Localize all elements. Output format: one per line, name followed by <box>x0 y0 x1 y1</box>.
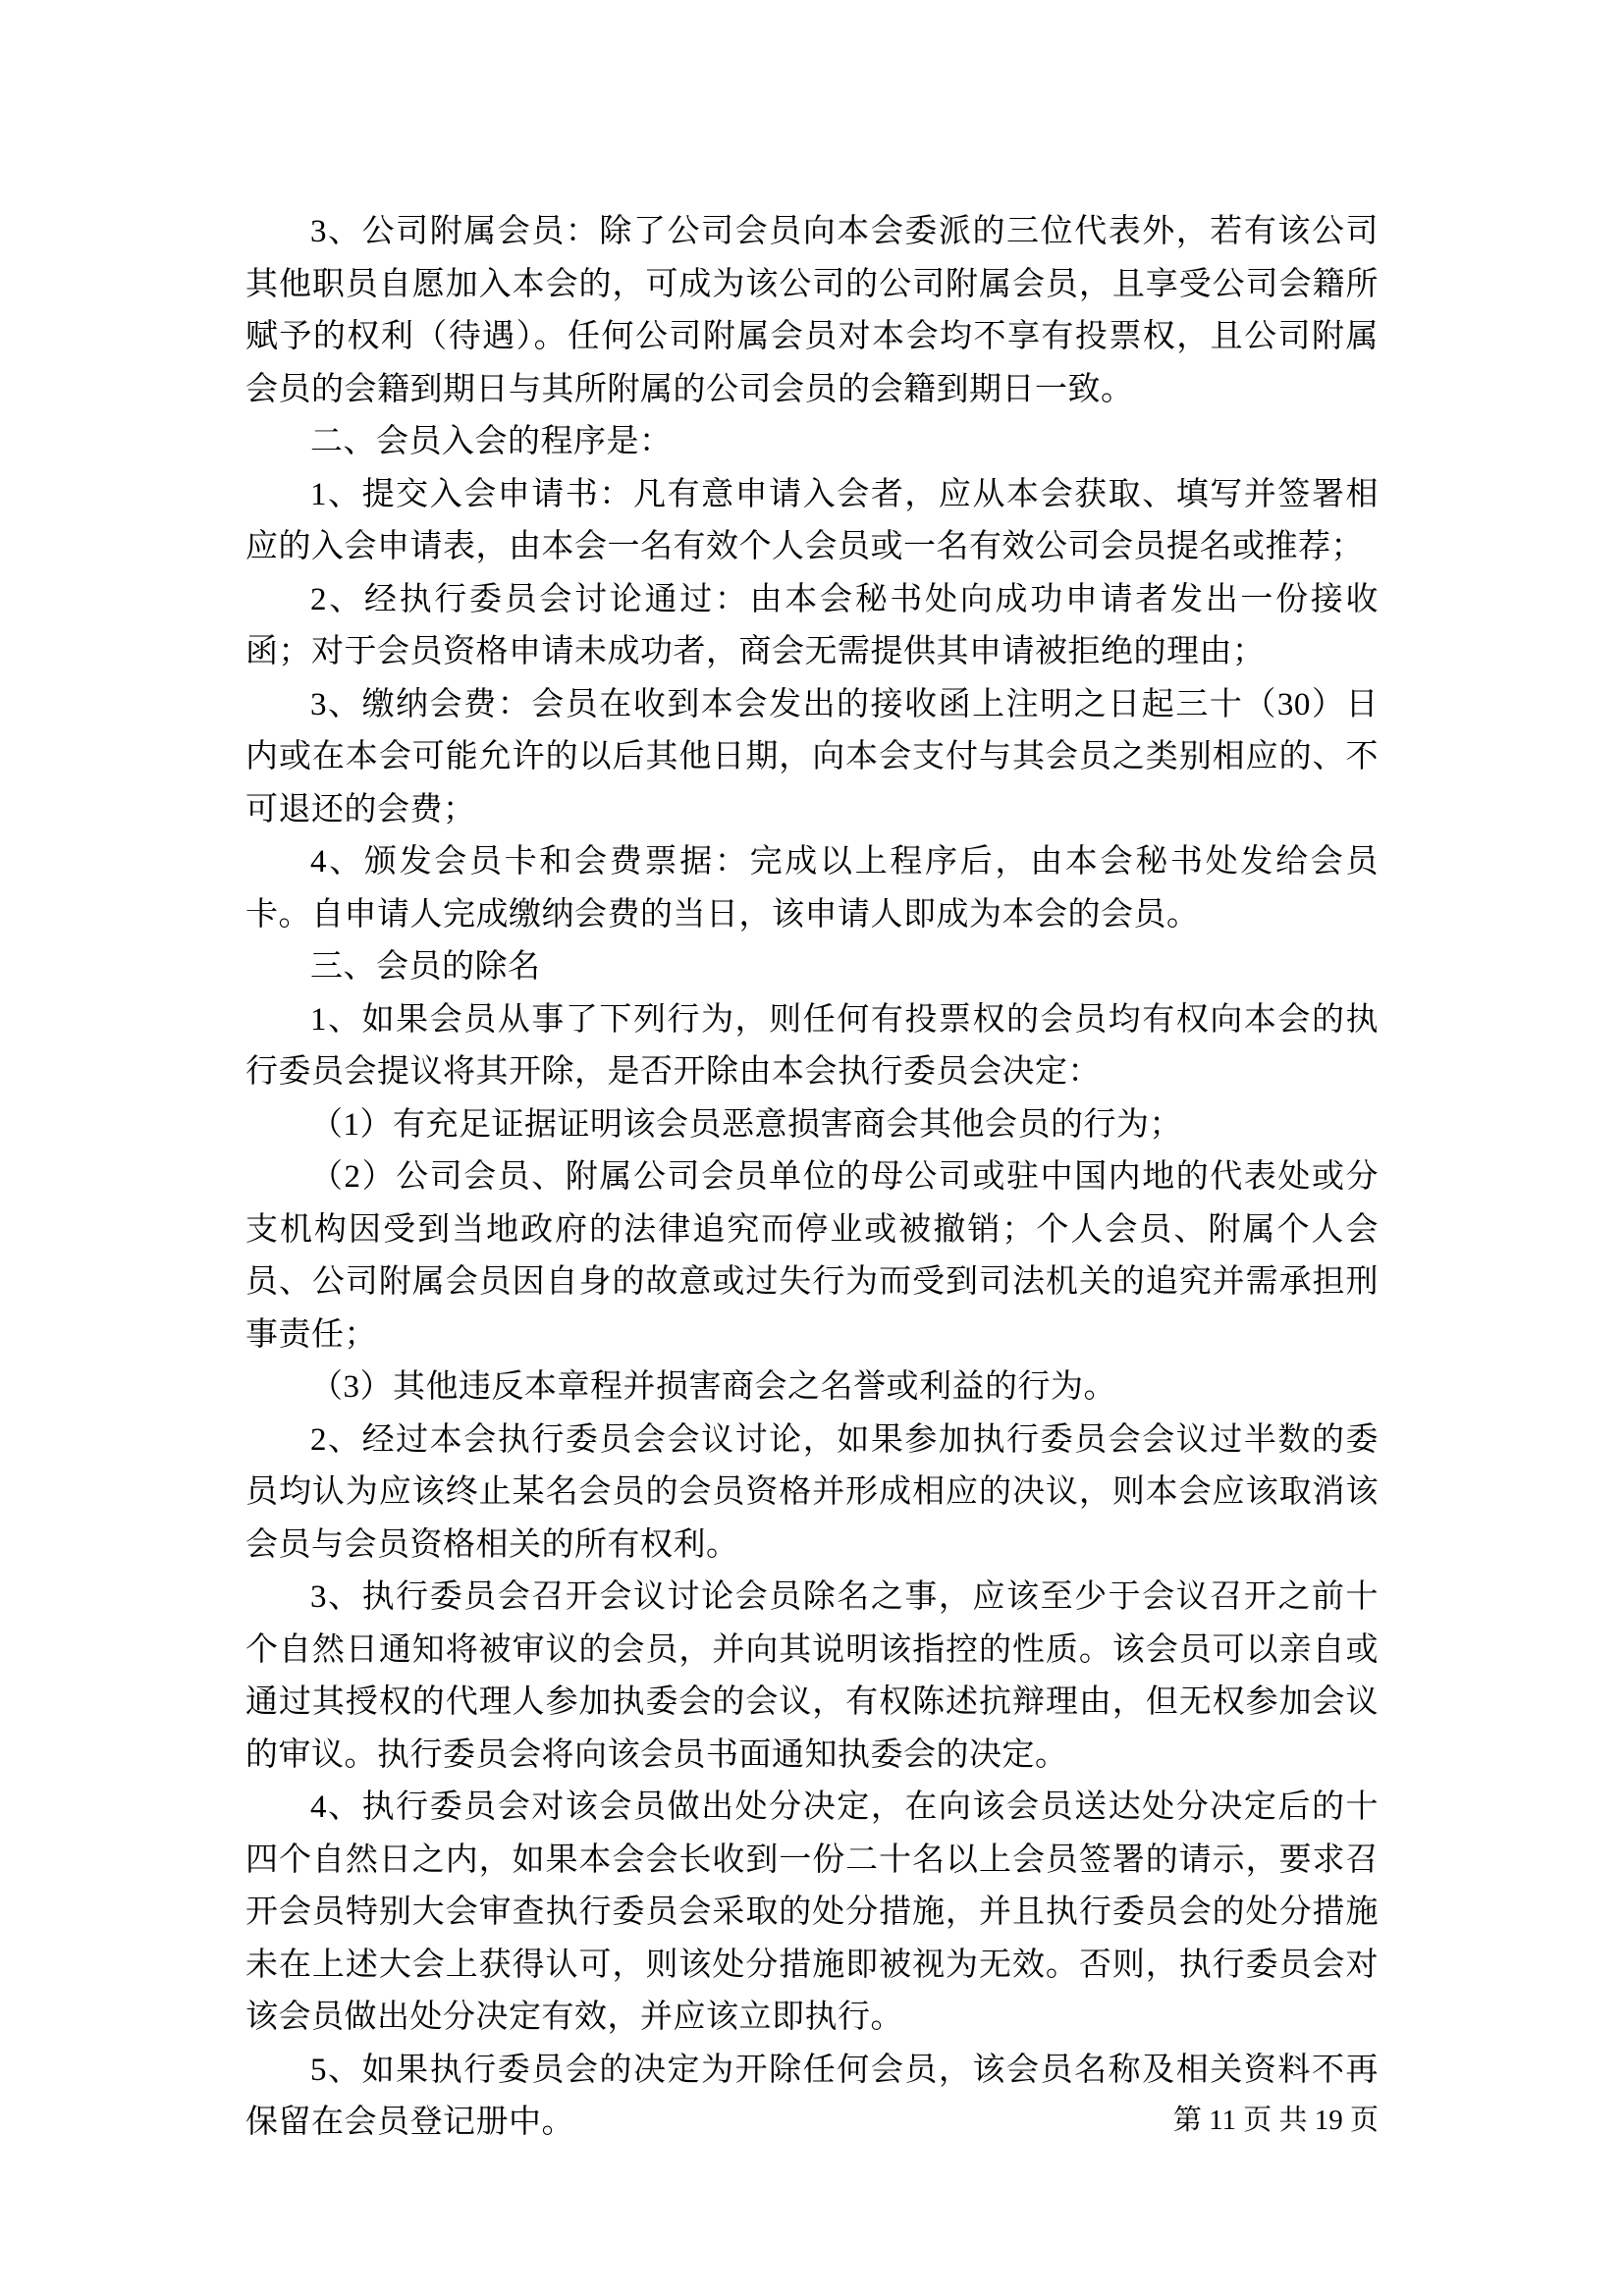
document-body: 3、公司附属会员：除了公司会员向本会委派的三位代表外，若有该公司其他职员自愿加入… <box>245 206 1379 2150</box>
document-page: 3、公司附属会员：除了公司会员向本会委派的三位代表外，若有该公司其他职员自愿加入… <box>0 0 1624 2296</box>
body-paragraph: 2、经过本会执行委员会会议讨论，如果参加执行委员会会议过半数的委员均认为应该终止… <box>245 1415 1379 1573</box>
body-paragraph: 二、会员入会的程序是： <box>245 416 1379 469</box>
body-paragraph: 三、会员的除名 <box>245 941 1379 994</box>
body-paragraph: 4、执行委员会对该会员做出处分决定，在向该会员送达处分决定后的十四个自然日之内，… <box>245 1782 1379 2045</box>
body-paragraph: 2、经执行委员会讨论通过：由本会秘书处向成功申请者发出一份接收函；对于会员资格申… <box>245 574 1379 679</box>
body-paragraph: 1、提交入会申请书：凡有意申请入会者，应从本会获取、填写并签署相应的入会申请表，… <box>245 469 1379 574</box>
body-paragraph: 4、颁发会员卡和会费票据：完成以上程序后，由本会秘书处发给会员卡。自申请人完成缴… <box>245 836 1379 941</box>
body-paragraph: （3）其他违反本章程并损害商会之名誉或利益的行为。 <box>245 1362 1379 1415</box>
body-paragraph: （2）公司会员、附属公司会员单位的母公司或驻中国内地的代表处或分支机构因受到当地… <box>245 1151 1379 1362</box>
body-paragraph: 3、执行委员会召开会议讨论会员除名之事，应该至少于会议召开之前十个自然日通知将被… <box>245 1572 1379 1782</box>
page-number-footer: 第 11 页 共 19 页 <box>1173 2103 1379 2138</box>
body-paragraph: 3、公司附属会员：除了公司会员向本会委派的三位代表外，若有该公司其他职员自愿加入… <box>245 206 1379 416</box>
body-paragraph: 1、如果会员从事了下列行为，则任何有投票权的会员均有权向本会的执行委员会提议将其… <box>245 994 1379 1099</box>
body-paragraph: （1）有充足证据证明该会员恶意损害商会其他会员的行为； <box>245 1099 1379 1152</box>
body-paragraph: 3、缴纳会费：会员在收到本会发出的接收函上注明之日起三十（30）日内或在本会可能… <box>245 679 1379 837</box>
